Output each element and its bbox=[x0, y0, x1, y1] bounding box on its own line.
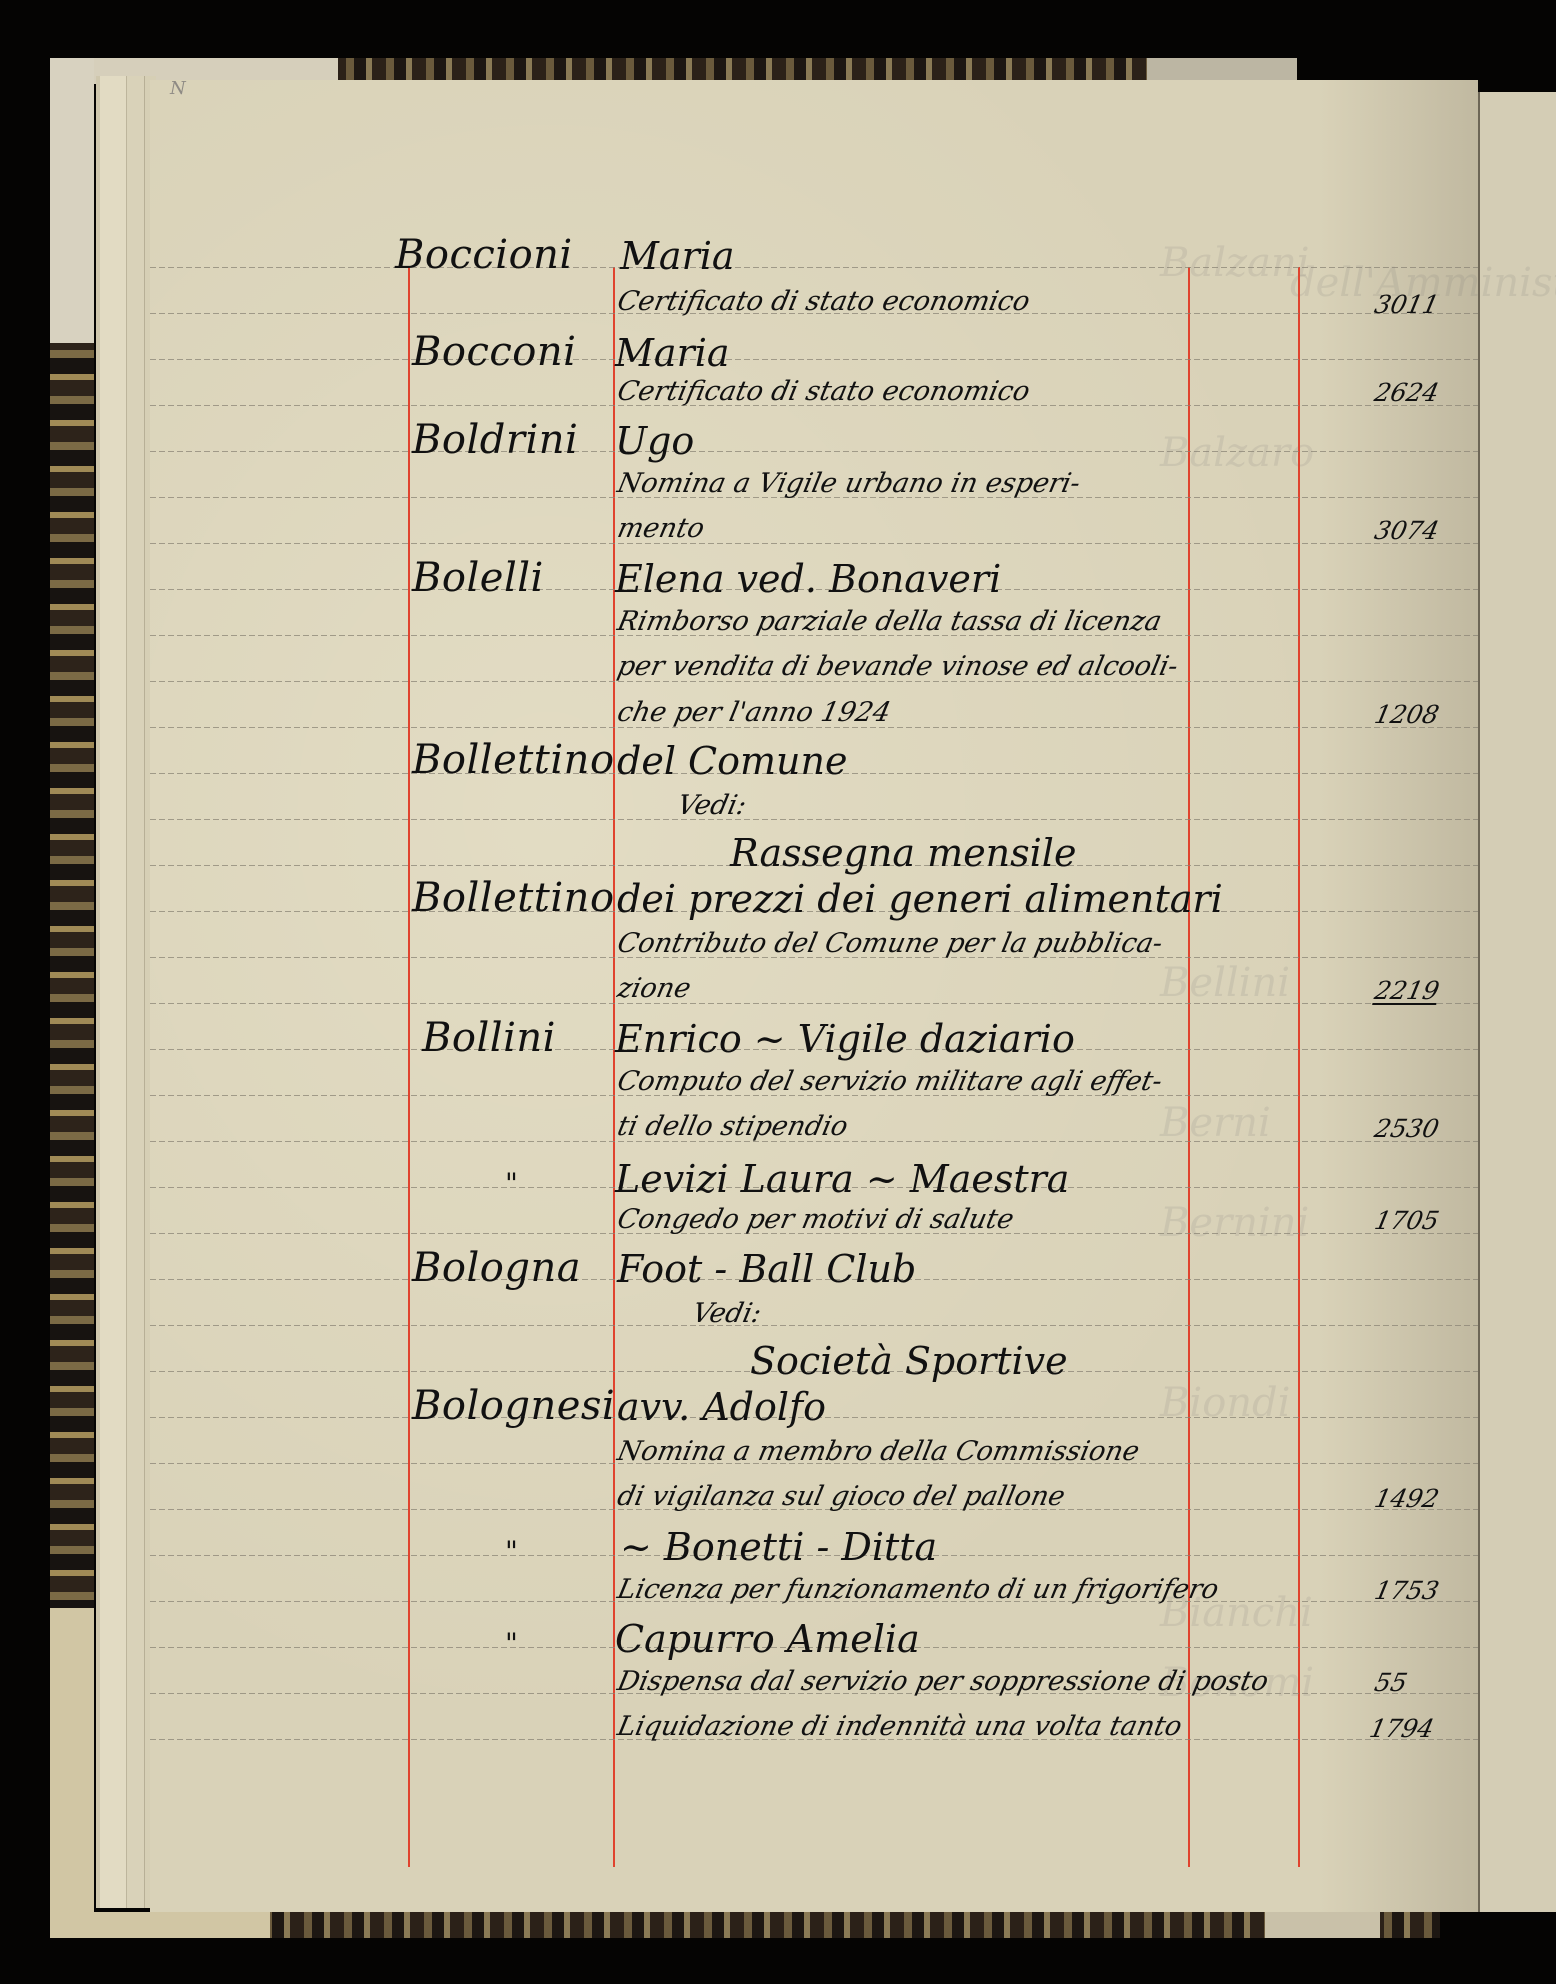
entry-reference-number: 1208 bbox=[1372, 702, 1441, 727]
cloth-corner bbox=[50, 1912, 270, 1938]
entry-name: del Comune bbox=[617, 742, 847, 780]
entry-name: Capurro Amelia bbox=[615, 1620, 920, 1658]
entry-description: di vigilanza sul gioco del pallone bbox=[615, 1483, 1067, 1510]
ruled-line bbox=[150, 451, 1478, 452]
entry-reference-number: 3074 bbox=[1372, 518, 1441, 543]
entry-name: avv. Adolfo bbox=[617, 1388, 826, 1426]
entry-description: per vendita di bevande vinose ed alcooli… bbox=[615, 653, 1180, 680]
entry-reference-number: 3011 bbox=[1372, 292, 1441, 317]
entry-surname: Boccioni bbox=[395, 235, 573, 275]
see-reference-target: Società Sportive bbox=[750, 1342, 1068, 1380]
entry-surname: Bolelli bbox=[412, 558, 544, 598]
ruled-line bbox=[150, 819, 1478, 820]
bleed-through-text: Berni bbox=[1160, 1100, 1271, 1146]
entry-surname: Boldrini bbox=[412, 420, 578, 460]
entry-description: Nomina a Vigile urbano in esperi- bbox=[615, 470, 1083, 497]
entry-name: Elena ved. Bonaveri bbox=[615, 560, 1001, 598]
cloth-corner bbox=[50, 1608, 94, 1938]
margin-rule-red bbox=[1188, 267, 1190, 1867]
entry-name: Foot - Ball Club bbox=[617, 1250, 916, 1288]
entry-name: Ugo bbox=[615, 422, 694, 460]
bleed-through-text: Bellini bbox=[1160, 960, 1290, 1006]
entry-surname: Bollettino bbox=[412, 740, 615, 780]
entry-name: ~ Bonetti - Ditta bbox=[620, 1528, 937, 1566]
see-reference-target: Rassegna mensile bbox=[730, 834, 1076, 872]
entry-reference-number: 1705 bbox=[1372, 1208, 1441, 1233]
entry-description: Licenza per funzionamento di un frigorif… bbox=[615, 1576, 1221, 1603]
entry-description: ti dello stipendio bbox=[615, 1113, 850, 1140]
entry-reference-number: 1492 bbox=[1372, 1486, 1441, 1511]
entry-description: Liquidazione di indennità una volta tant… bbox=[615, 1713, 1184, 1740]
entry-surname: Bologna bbox=[412, 1248, 581, 1288]
ruled-line bbox=[150, 1325, 1478, 1326]
ditto-mark: " bbox=[505, 1170, 518, 1198]
book-cover-left-edge bbox=[50, 58, 94, 1938]
entry-reference-number: 2624 bbox=[1372, 380, 1441, 405]
see-reference-label: Vedi: bbox=[675, 792, 749, 819]
bleed-through-text: Biondi bbox=[1160, 1380, 1290, 1426]
entry-description: Rimborso parziale della tassa di licenza bbox=[615, 608, 1164, 635]
facing-page-edge bbox=[1478, 92, 1556, 1912]
entry-description: Computo del servizio militare agli effet… bbox=[615, 1068, 1165, 1095]
entry-description: Congedo per motivi di salute bbox=[615, 1206, 1016, 1233]
entry-name: Levizi Laura ~ Maestra bbox=[615, 1160, 1069, 1198]
entry-reference-number: 55 bbox=[1372, 1670, 1409, 1695]
entry-description: Certificato di stato economico bbox=[615, 378, 1032, 405]
bleed-through-text: Balzaro bbox=[1160, 430, 1314, 476]
margin-rule-red bbox=[1298, 267, 1300, 1867]
entry-name: dei prezzi dei generi alimentari bbox=[617, 880, 1223, 918]
entry-reference-number: 1753 bbox=[1372, 1578, 1441, 1603]
entry-description: mento bbox=[615, 515, 707, 542]
ditto-mark: " bbox=[505, 1538, 518, 1566]
page-stack-edges bbox=[96, 76, 156, 1908]
entry-surname: Bollini bbox=[422, 1018, 556, 1058]
entry-surname: Bollettino bbox=[412, 878, 615, 918]
entry-reference-number: 2530 bbox=[1372, 1116, 1441, 1141]
entry-description: che per l'anno 1924 bbox=[615, 699, 893, 726]
entry-surname: Bolognesi bbox=[412, 1386, 615, 1426]
ruled-line bbox=[150, 267, 1478, 268]
book-cover-bottom-edge bbox=[50, 1912, 1440, 1938]
entry-surname: Bocconi bbox=[412, 332, 576, 372]
entry-description: Nomina a membro della Commissione bbox=[615, 1438, 1142, 1465]
entry-description: zione bbox=[615, 975, 693, 1002]
margin-rule-red bbox=[408, 267, 410, 1867]
see-reference-label: Vedi: bbox=[690, 1300, 764, 1327]
ruled-line bbox=[150, 359, 1478, 360]
entry-name: Maria bbox=[615, 334, 730, 372]
ditto-mark: " bbox=[505, 1630, 518, 1658]
entry-name: Maria bbox=[620, 237, 735, 275]
pencil-mark: N bbox=[170, 78, 186, 99]
ledger-page: N Balzani dell'Amministrazione Balzaro B… bbox=[150, 80, 1478, 1912]
entry-description: Certificato di stato economico bbox=[615, 288, 1032, 315]
cloth-corner bbox=[1265, 1912, 1380, 1938]
entry-reference-number: 2219 bbox=[1372, 978, 1441, 1005]
entry-reference-number: 1794 bbox=[1367, 1716, 1436, 1741]
bleed-through-text: Bernini bbox=[1160, 1200, 1309, 1246]
ruled-line bbox=[150, 1003, 1478, 1004]
entry-description: Dispensa dal servizio per soppressione d… bbox=[615, 1668, 1271, 1695]
bleed-through-text: Balzani bbox=[1160, 240, 1310, 286]
cloth-corner bbox=[50, 58, 94, 343]
ruled-line bbox=[150, 543, 1478, 544]
entry-description: Contributo del Comune per la pubblica- bbox=[615, 930, 1165, 957]
entry-name: Enrico ~ Vigile daziario bbox=[615, 1020, 1075, 1058]
